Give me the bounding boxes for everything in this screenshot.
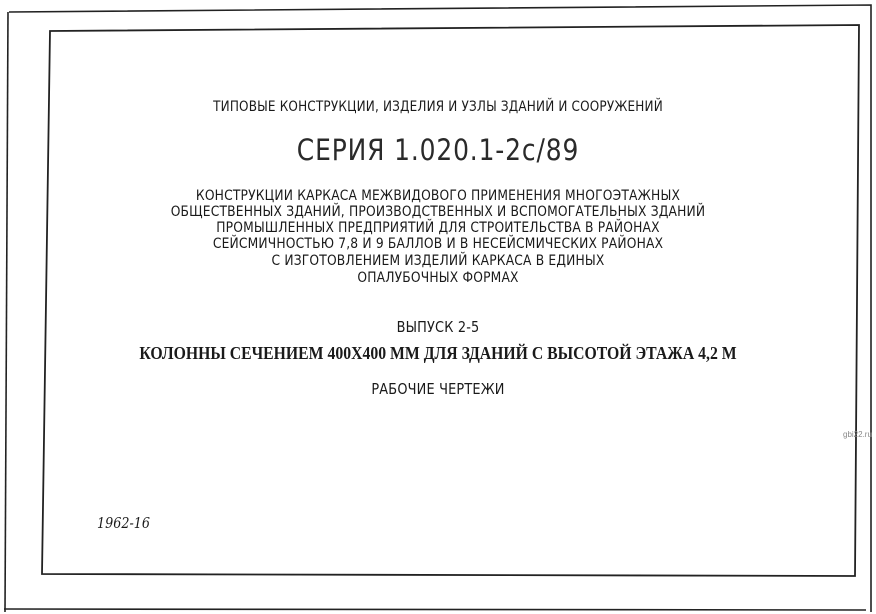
description-line: ПРОМЫШЛЕННЫХ ПРЕДПРИЯТИЙ ДЛЯ СТРОИТЕЛЬСТ… [61,220,814,236]
document-kind: РАБОЧИЕ ЧЕРТЕЖИ [61,380,814,398]
inventory-code: 1962-16 [97,514,150,532]
document-title: КОЛОННЫ СЕЧЕНИЕМ 400Х400 ММ ДЛЯ ЗДАНИЙ С… [44,343,832,364]
issue-number: ВЫПУСК 2-5 [61,318,814,336]
series-category-header: ТИПОВЫЕ КОНСТРУКЦИИ, ИЗДЕЛИЯ И УЗЛЫ ЗДАН… [61,99,814,115]
description-line: ОБЩЕСТВЕННЫХ ЗДАНИЙ, ПРОИЗВОДСТВЕННЫХ И … [61,204,814,220]
description-line: СЕЙСМИЧНОСТЬЮ 7,8 И 9 БАЛЛОВ И В НЕСЕЙСМ… [61,236,814,252]
description-line: ОПАЛУБОЧНЫХ ФОРМАХ [61,270,814,286]
series-number: СЕРИЯ 1.020.1-2с/89 [61,133,814,167]
watermark: gbi22.ru [843,430,872,439]
description-line: С ИЗГОТОВЛЕНИЕМ ИЗДЕЛИЙ КАРКАСА В ЕДИНЫХ [61,253,814,269]
description-line: КОНСТРУКЦИИ КАРКАСА МЕЖВИДОВОГО ПРИМЕНЕН… [61,188,814,204]
